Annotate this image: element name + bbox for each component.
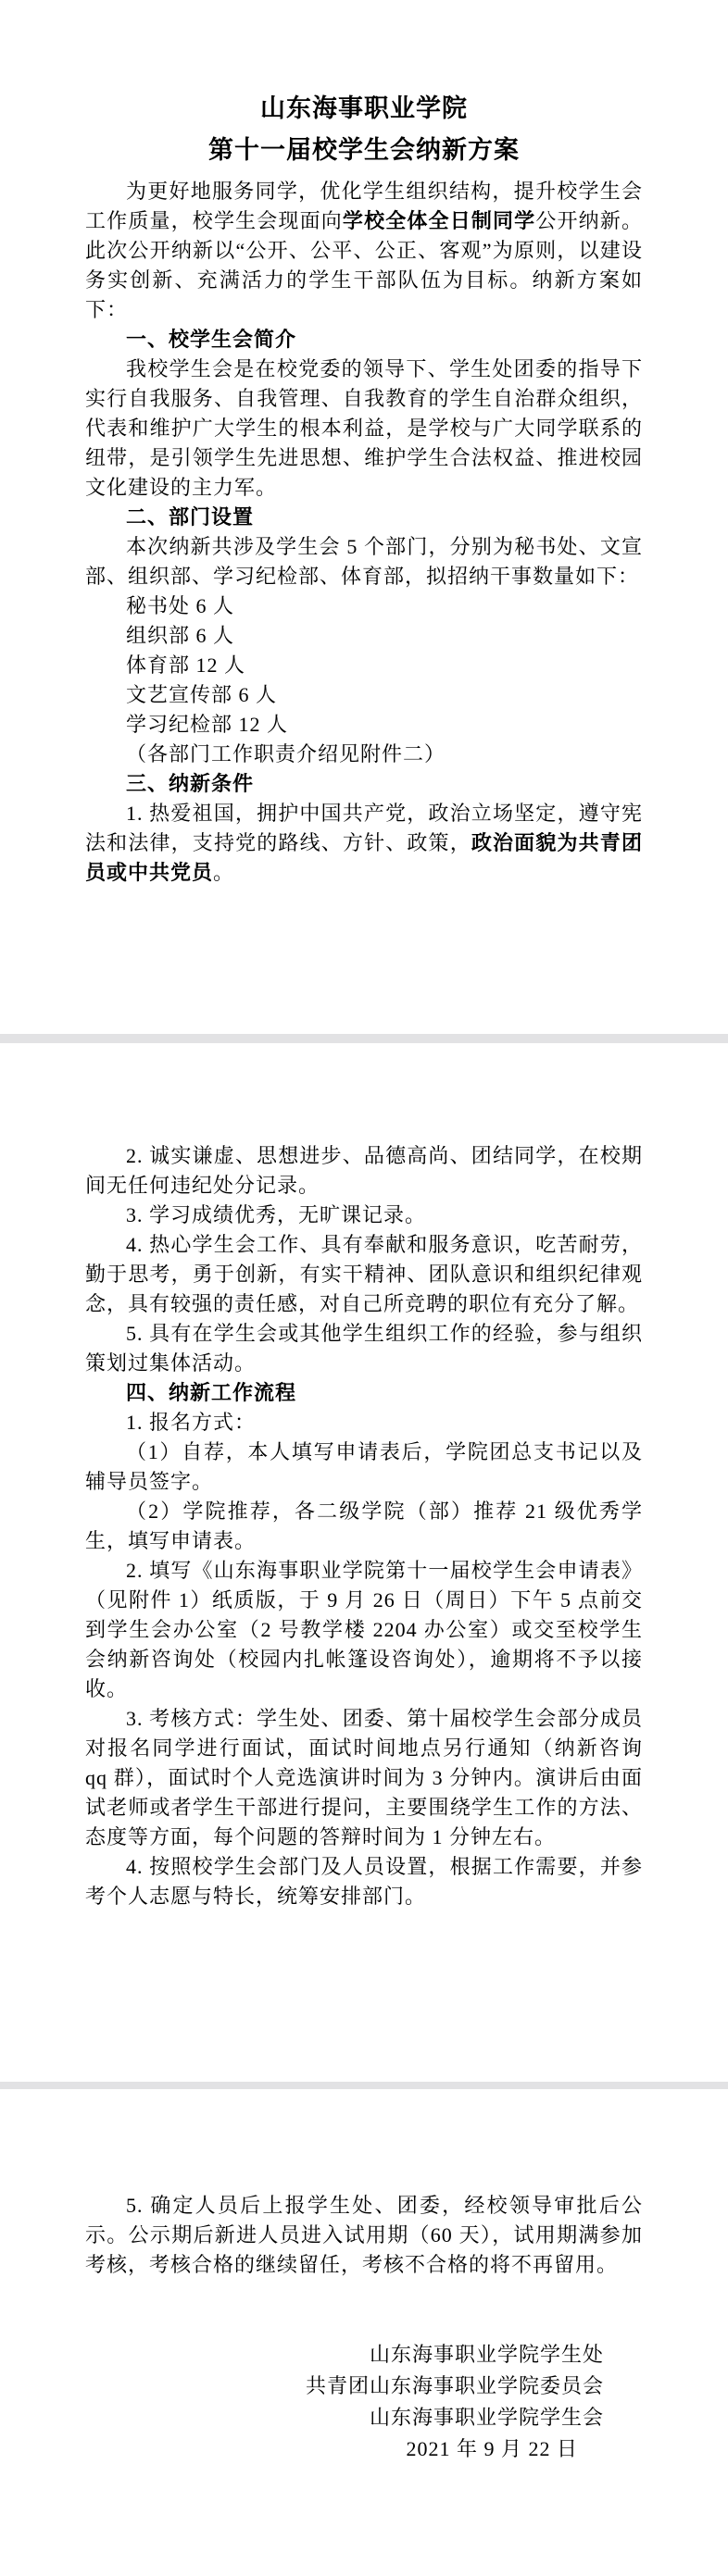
section-3-heading: 三、纳新条件 [85,769,643,799]
condition-1-paragraph: 1. 热爱祖国，拥护中国共产党，政治立场坚定，遵守宪法和法律，支持党的路线、方针… [85,799,643,888]
step-1-1-paragraph: （1）自荐，本人填写申请表后，学院团总支书记以及辅导员签字。 [85,1437,643,1497]
title-line-2: 第十一届校学生会纳新方案 [85,130,643,171]
section-1-paragraph: 我校学生会是在校党委的领导下、学生处团委的指导下实行自我服务、自我管理、自我教育… [85,355,643,503]
page-3: 5. 确定人员后上报学生处、团委，经校领导审批后公示。公示期后新进人员进入试用期… [0,2089,728,2576]
signature-line-student-union: 山东海事职业学院学生会 [85,2402,604,2433]
quota-line-secretariat: 秘书处 6 人 [85,591,643,621]
signature-block: 山东海事职业学院学生处 共青团山东海事职业学院委员会 山东海事职业学院学生会 2… [85,2339,643,2465]
quota-line-sports: 体育部 12 人 [85,651,643,680]
quota-line-study-discipline: 学习纪检部 12 人 [85,710,643,740]
intro-text-bold: 学校全体全日制同学 [343,209,535,232]
page-2: 2. 诚实谦虚、思想进步、品德高尚、团结同学，在校期间无任何违纪处分记录。 3.… [0,1043,728,2082]
condition-3-paragraph: 3. 学习成绩优秀，无旷课记录。 [85,1201,643,1230]
step-5-paragraph: 5. 确定人员后上报学生处、团委，经校领导审批后公示。公示期后新进人员进入试用期… [85,2191,643,2280]
document-title: 山东海事职业学院 第十一届校学生会纳新方案 [85,88,643,171]
quota-line-arts-publicity: 文艺宣传部 6 人 [85,680,643,710]
section-1-heading: 一、校学生会简介 [85,325,643,355]
page-separator-1 [0,1034,728,1043]
quota-note-appendix: （各部门工作职责介绍见附件二） [85,740,643,769]
section-4-heading: 四、纳新工作流程 [85,1378,643,1408]
signature-line-youth-league: 共青团山东海事职业学院委员会 [85,2371,604,2402]
step-2-paragraph: 2. 填写《山东海事职业学院第十一届校学生会申请表》（见附件 1）纸质版，于 9… [85,1556,643,1704]
page-1: 山东海事职业学院 第十一届校学生会纳新方案 为更好地服务同学，优化学生组织结构，… [0,0,728,1034]
department-quota-list: 秘书处 6 人 组织部 6 人 体育部 12 人 文艺宣传部 6 人 学习纪检部… [85,591,643,769]
intro-paragraph: 为更好地服务同学，优化学生组织结构，提升校学生会工作质量，校学生会现面向学校全体… [85,177,643,325]
quota-line-organization: 组织部 6 人 [85,621,643,651]
condition-4-paragraph: 4. 热心学生会工作、具有奉献和服务意识，吃苦耐劳，勤于思考，勇于创新，有实干精… [85,1230,643,1319]
condition-5-paragraph: 5. 具有在学生会或其他学生组织工作的经验，参与组织策划过集体活动。 [85,1319,643,1378]
section-2-heading: 二、部门设置 [85,503,643,532]
step-1-2-paragraph: （2）学院推荐，各二级学院（部）推荐 21 级优秀学生，填写申请表。 [85,1497,643,1556]
step-1-paragraph: 1. 报名方式： [85,1408,643,1437]
document-viewer: 山东海事职业学院 第十一届校学生会纳新方案 为更好地服务同学，优化学生组织结构，… [0,0,728,2576]
condition-2-paragraph: 2. 诚实谦虚、思想进步、品德高尚、团结同学，在校期间无任何违纪处分记录。 [85,1141,643,1201]
title-line-1: 山东海事职业学院 [85,88,643,130]
signature-date: 2021 年 9 月 22 日 [85,2433,604,2465]
page-separator-2 [0,2082,728,2089]
signature-line-student-affairs: 山东海事职业学院学生处 [85,2339,604,2371]
condition-1-post: 。 [213,861,234,884]
section-2-paragraph: 本次纳新共涉及学生会 5 个部门，分别为秘书处、文宣部、组织部、学习纪检部、体育… [85,532,643,591]
step-3-paragraph: 3. 考核方式：学生处、团委、第十届校学生会部分成员对报名同学进行面试，面试时间… [85,1704,643,1852]
step-4-paragraph: 4. 按照校学生会部门及人员设置，根据工作需要，并参考个人志愿与特长，统筹安排部… [85,1852,643,1911]
